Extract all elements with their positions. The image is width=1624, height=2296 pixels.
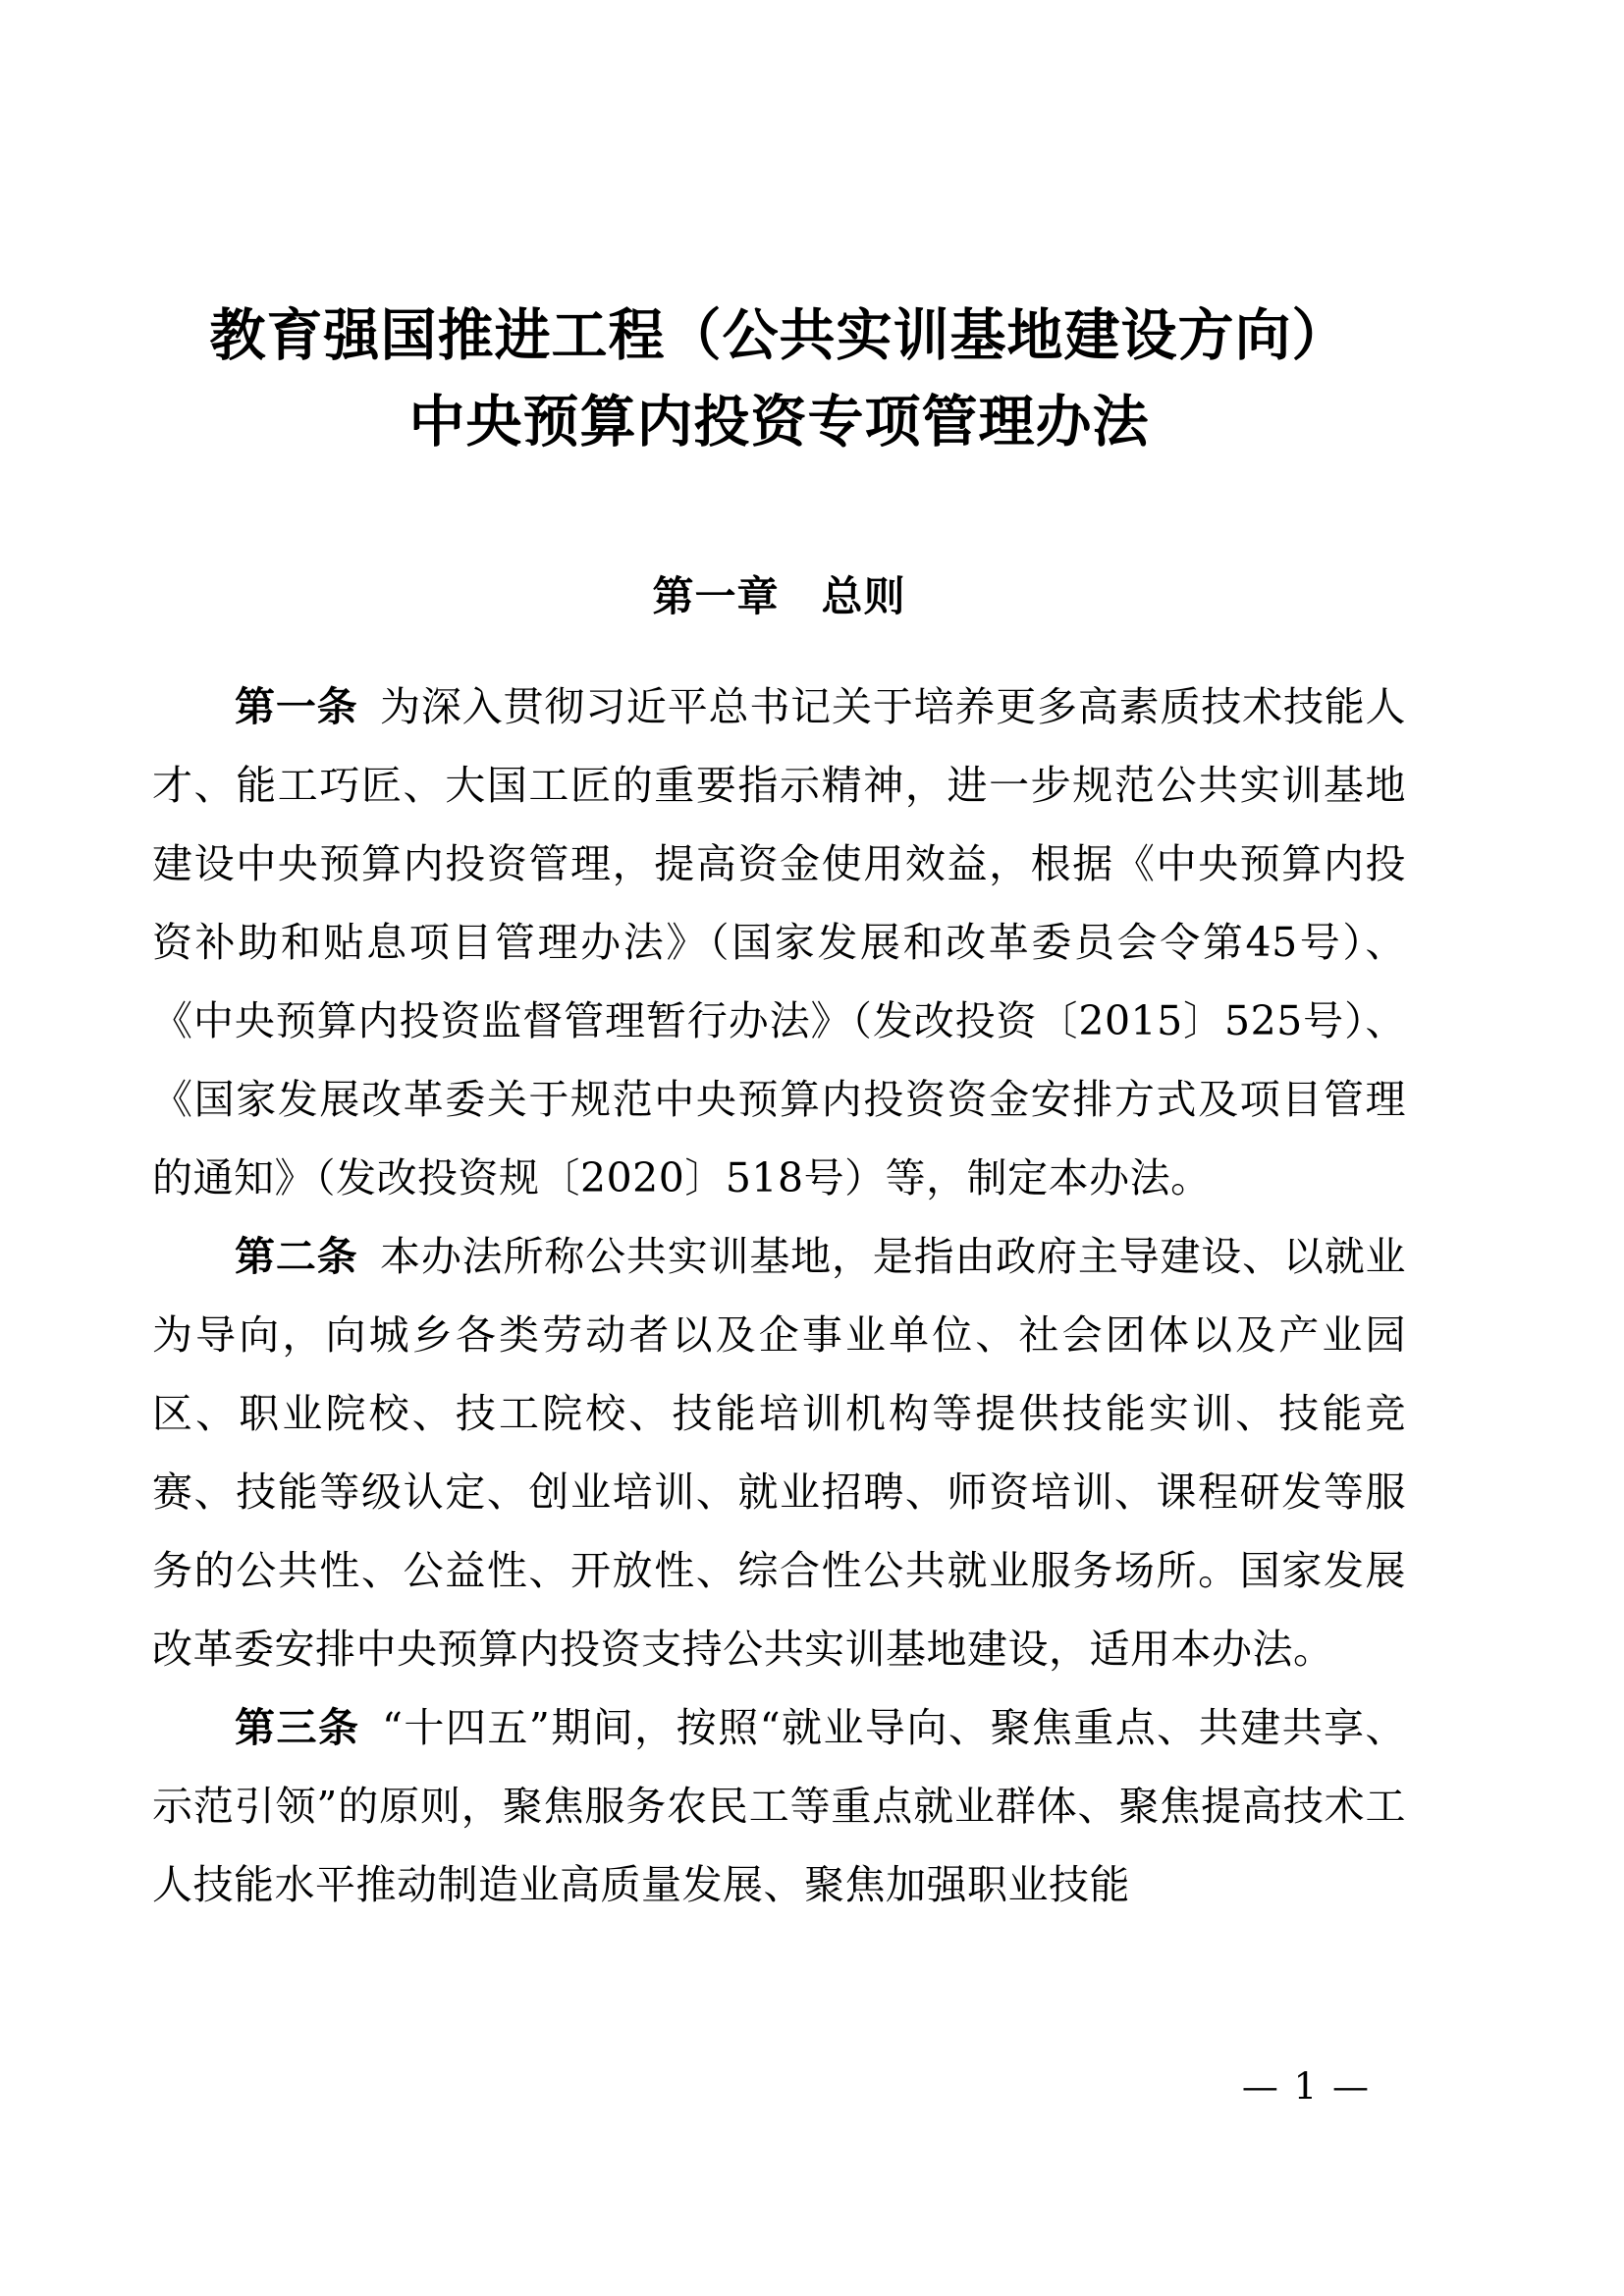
article-3-label: 第三条: [235, 1704, 359, 1751]
article-2-label: 第二条: [235, 1233, 357, 1280]
article-paragraph-1: 第一条为深入贯彻习近平总书记关于培养更多高素质技术技能人才、能工巧匠、大国工匠的…: [152, 667, 1406, 1217]
article-paragraph-2: 第二条本办法所称公共实训基地，是指由政府主导建设、以就业为导向，向城乡各类劳动者…: [152, 1217, 1406, 1688]
article-1-label: 第一条: [235, 683, 357, 730]
article-2-text: 本办法所称公共实训基地，是指由政府主导建设、以就业为导向，向城乡各类劳动者以及企…: [152, 1233, 1406, 1673]
article-paragraph-3: 第三条“十四五”期间，按照“就业导向、聚焦重点、共建共享、示范引领”的原则，聚焦…: [152, 1688, 1406, 1924]
document-title-line-1: 教育强国推进工程（公共实训基地建设方向）: [152, 293, 1406, 379]
document-body: 第一条为深入贯彻习近平总书记关于培养更多高素质技术技能人才、能工巧匠、大国工匠的…: [152, 667, 1406, 1924]
article-1-text: 为深入贯彻习近平总书记关于培养更多高素质技术技能人才、能工巧匠、大国工匠的重要指…: [152, 683, 1406, 1201]
document-page: 教育强国推进工程（公共实训基地建设方向） 中央预算内投资专项管理办法 第一章 总…: [0, 0, 1624, 2296]
page-number: — 1 —: [1242, 2063, 1371, 2110]
chapter-heading: 第一章 总则: [152, 573, 1406, 620]
document-title: 教育强国推进工程（公共实训基地建设方向） 中央预算内投资专项管理办法: [152, 293, 1406, 465]
document-title-line-2: 中央预算内投资专项管理办法: [152, 379, 1406, 465]
